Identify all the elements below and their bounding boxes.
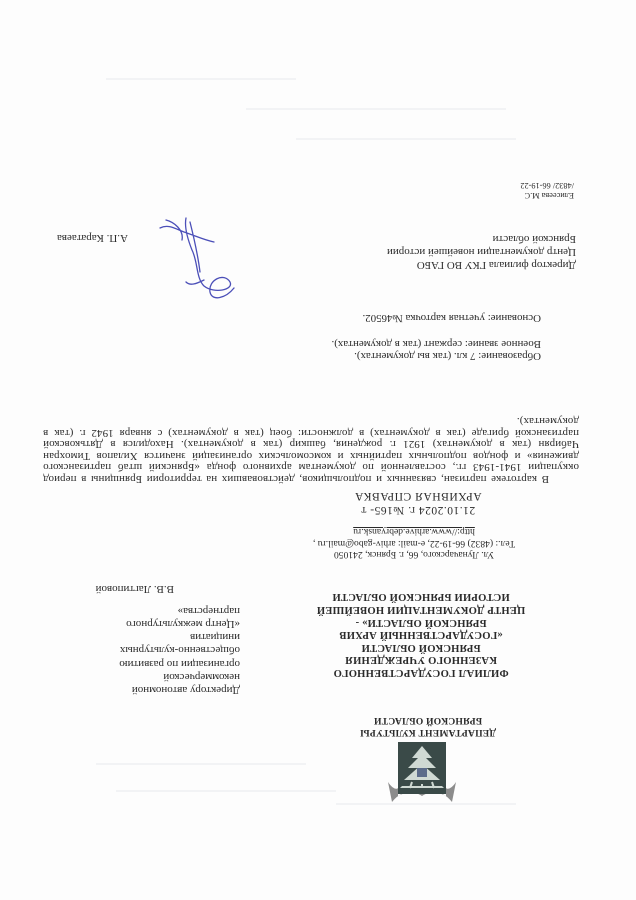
signer-title-line: Центр документации новейшей истории (316, 245, 576, 258)
website-link[interactable]: http://www.arhive.debryansk.ru (279, 526, 549, 537)
addressee-line: некоммерческой (60, 670, 240, 683)
branch-line: БРЯНСКОЙ ОБЛАСТИ (301, 640, 541, 653)
signer-block: Директор филиала ГКУ ВО ГАБО Центр докум… (316, 233, 576, 271)
executor-block: Елисеева М.С /4832/ 66-19-22 (520, 181, 574, 200)
personal-facts: Образование: 7 кл. (так вы документах). … (141, 338, 541, 361)
military-rank-line: Военное звание: сержант (так в документа… (141, 338, 541, 350)
date-number: 21.10.2024 г. №165- т (318, 504, 518, 516)
addressee-line: инициатив (60, 630, 240, 643)
bleed-through-mark (96, 763, 306, 765)
postal-address: Ул. Луначарского, 66, г. Брянск, 241050 (279, 549, 549, 560)
department-header: ДЕПАРТАМЕНТ КУЛЬТУРЫ БРЯНСКОЙ ОБЛАСТИ (348, 715, 508, 738)
branch-line: БРЯНСКОЙ ОБЛАСТИ» - (301, 615, 541, 628)
basis-line: Основание: учетная карточка №46502. (141, 312, 541, 324)
education-line: Образование: 7 кл. (так вы документах). (141, 349, 541, 361)
branch-line: ИСТОРИИ БРЯНСКОЙ ОБЛАСТИ (301, 590, 541, 603)
bleed-through-mark (246, 108, 506, 110)
phone-email: Тел.: (4832) 66-19-22, e-mail: arhiv-gab… (279, 537, 549, 548)
contact-address: Ул. Луначарского, 66, г. Брянск, 241050 … (279, 526, 549, 560)
addressee-line: организации по развитию (60, 656, 240, 669)
addressee-block: Директору автономной некоммерческой орга… (60, 581, 240, 696)
department-line: ДЕПАРТАМЕНТ КУЛЬТУРЫ (348, 727, 508, 739)
coat-of-arms-icon (386, 738, 458, 808)
signer-title-line: Брянской области (316, 233, 576, 246)
signer-title-line: Директор филиала ГКУ ВО ГАБО (316, 258, 576, 271)
addressee-line: партнерства» (60, 604, 240, 617)
bleed-through-mark (116, 790, 336, 792)
bleed-through-mark (296, 138, 516, 140)
signer-name: А.П. Каратаева (57, 232, 128, 244)
certificate-body: В картотеке партизан, связанных и подпол… (43, 414, 579, 484)
branch-header: ФИЛИАЛ ГОСУДАРСТВЕННОГО КАЗЕННОГО УЧРЕЖД… (301, 590, 541, 678)
addressee-name: В.В. Лагтиповой (60, 581, 240, 594)
body-paragraph: В картотеке партизан, связанных и подпол… (43, 414, 579, 484)
executor-name: Елисеева М.С (520, 191, 574, 201)
document-title: АРХИВНАЯ СПРАВКА (260, 490, 576, 503)
branch-line: КАЗЕННОГО УЧРЕЖДЕНИЯ (301, 653, 541, 666)
branch-line: ФИЛИАЛ ГОСУДАРСТВЕННОГО (301, 665, 541, 678)
handwritten-signature-icon (144, 212, 244, 302)
archival-certificate-page: ДЕПАРТАМЕНТ КУЛЬТУРЫ БРЯНСКОЙ ОБЛАСТИ ФИ… (0, 0, 636, 900)
department-line: БРЯНСКОЙ ОБЛАСТИ (348, 715, 508, 727)
branch-line: «ГОСУДАРСТВЕННЫЙ АРХИВ (301, 628, 541, 641)
addressee-line: «Центр межкультурного (60, 617, 240, 630)
branch-line: ЦЕНТР ДОКУМЕНТАЦИИ НОВЕЙШЕЙ (301, 602, 541, 615)
addressee-line: Директору автономной (60, 683, 240, 696)
bleed-through-mark (106, 78, 296, 80)
addressee-line: общественно-культурных (60, 643, 240, 656)
executor-phone: /4832/ 66-19-22 (520, 181, 574, 191)
